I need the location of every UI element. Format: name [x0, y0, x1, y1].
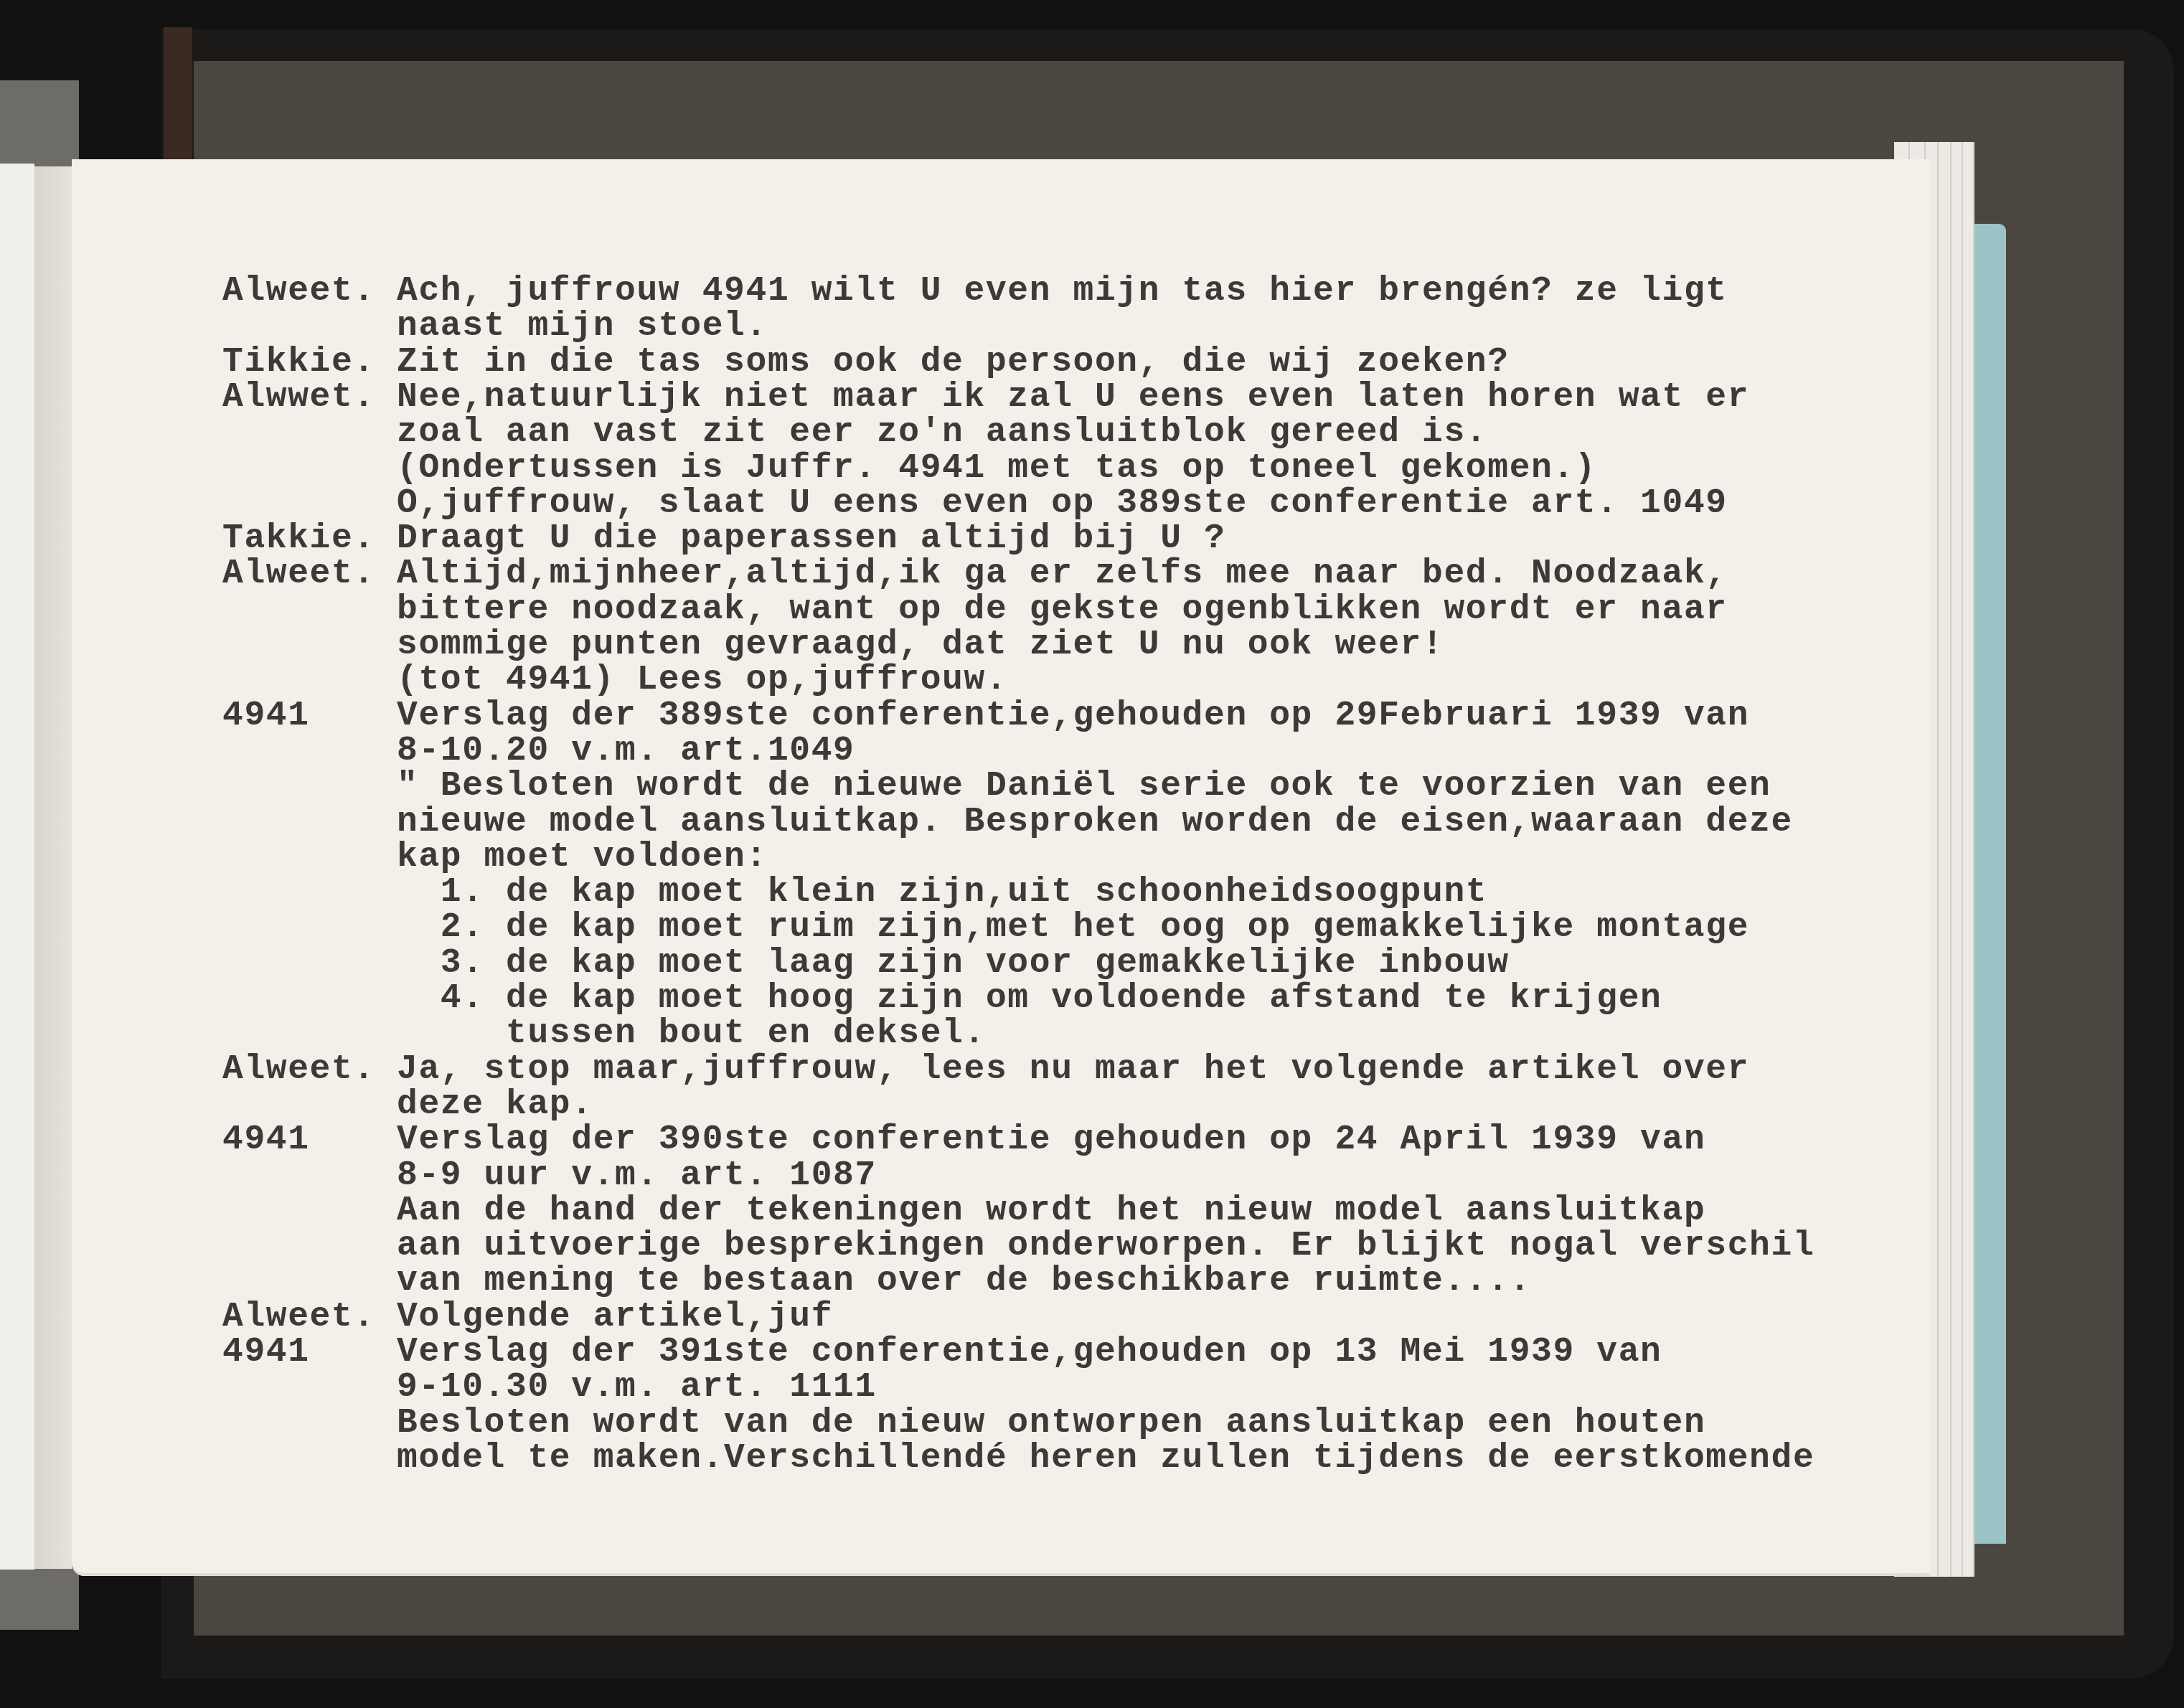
page-edge-line — [1937, 142, 1939, 1577]
dialogue-text: nieuwe model aansluitkap. Besproken word… — [397, 805, 1793, 839]
speaker-label: Alweet. — [222, 1052, 375, 1087]
typewritten-page: Alweet.Ach, juffrouw 4941 wilt U even mi… — [72, 159, 1930, 1576]
list-item-text: tussen bout en deksel. — [506, 1016, 986, 1051]
dialogue-text: kap moet voldoen: — [397, 840, 768, 874]
dialogue-text: naast mijn stoel. — [397, 309, 768, 344]
dialogue-text: 8-9 uur v.m. art. 1087 — [397, 1159, 877, 1193]
dialogue-text: Aan de hand der tekeningen wordt het nie… — [397, 1194, 1705, 1228]
dialogue-text: Nee,natuurlijk niet maar ik zal U eens e… — [397, 380, 1749, 415]
dialogue-text: Ja, stop maar,juffrouw, lees nu maar het… — [397, 1052, 1749, 1087]
speaker-label: Tikkie. — [222, 345, 375, 379]
page-edge-line — [1950, 142, 1952, 1577]
dialogue-text: deze kap. — [397, 1087, 593, 1122]
dialogue-text: zoal aan vast zit eer zo'n aansluitblok … — [397, 415, 1487, 450]
dialogue-text: O,juffrouw, slaat U eens even op 389ste … — [397, 486, 1728, 521]
dialogue-text: Verslag der 391ste conferentie,gehouden … — [397, 1335, 1662, 1369]
speaker-label: Alweet. — [222, 557, 375, 591]
dialogue-text: van mening te bestaan over de beschikbar… — [397, 1264, 1531, 1298]
dialogue-text: model te maken.Verschillendé heren zulle… — [397, 1441, 1814, 1476]
dialogue-text: (Ondertussen is Juffr. 4941 met tas op t… — [397, 451, 1596, 486]
dialogue-text: aan uitvoerige besprekingen onderworpen.… — [397, 1229, 1814, 1263]
dialogue-text: Altijd,mijnheer,altijd,ik ga er zelfs me… — [397, 557, 1728, 591]
list-item-text: 1. de kap moet klein zijn,uit schoonheid… — [441, 875, 1487, 910]
dialogue-text: 9-10.30 v.m. art. 1111 — [397, 1370, 877, 1405]
dialogue-text: Verslag der 389ste conferentie,gehouden … — [397, 699, 1749, 733]
dialogue-text: Besloten wordt van de nieuw ontworpen aa… — [397, 1406, 1705, 1440]
list-item-text: 2. de kap moet ruim zijn,met het oog op … — [441, 910, 1749, 945]
speaker-label: 4941 — [222, 699, 310, 733]
blue-tab-divider — [1972, 224, 2006, 1544]
dialogue-text: 8-10.20 v.m. art.1049 — [397, 734, 855, 768]
list-item-text: 3. de kap moet laag zijn voor gemakkelij… — [441, 946, 1510, 981]
dialogue-text: bittere noodzaak, want op de gekste ogen… — [397, 593, 1728, 627]
speaker-label: Takkie. — [222, 522, 375, 556]
speaker-label: 4941 — [222, 1335, 310, 1369]
dialogue-text: " Besloten wordt de nieuwe Daniël serie … — [397, 769, 1771, 803]
left-page-gutter — [34, 166, 72, 1569]
dialogue-text: sommige punten gevraagd, dat ziet U nu o… — [397, 628, 1444, 662]
dialogue-text: Volgende artikel,juf — [397, 1300, 833, 1334]
speaker-label: Alweet. — [222, 1300, 375, 1334]
left-page — [0, 164, 34, 1570]
dialogue-text: Verslag der 390ste conferentie gehouden … — [397, 1123, 1705, 1157]
dialogue-text: Draagt U die paperassen altijd bij U ? — [397, 522, 1225, 556]
speaker-label: 4941 — [222, 1123, 310, 1157]
list-item-text: 4. de kap moet hoog zijn om voldoende af… — [441, 981, 1662, 1016]
dialogue-text: (tot 4941) Lees op,juffrouw. — [397, 663, 1007, 697]
speaker-label: Alweet. — [222, 274, 375, 308]
page-edge-line — [1962, 142, 1963, 1577]
speaker-label: Alwwet. — [222, 380, 375, 415]
dialogue-text: Ach, juffrouw 4941 wilt U even mijn tas … — [397, 274, 1728, 308]
dialogue-text: Zit in die tas soms ook de persoon, die … — [397, 345, 1510, 379]
